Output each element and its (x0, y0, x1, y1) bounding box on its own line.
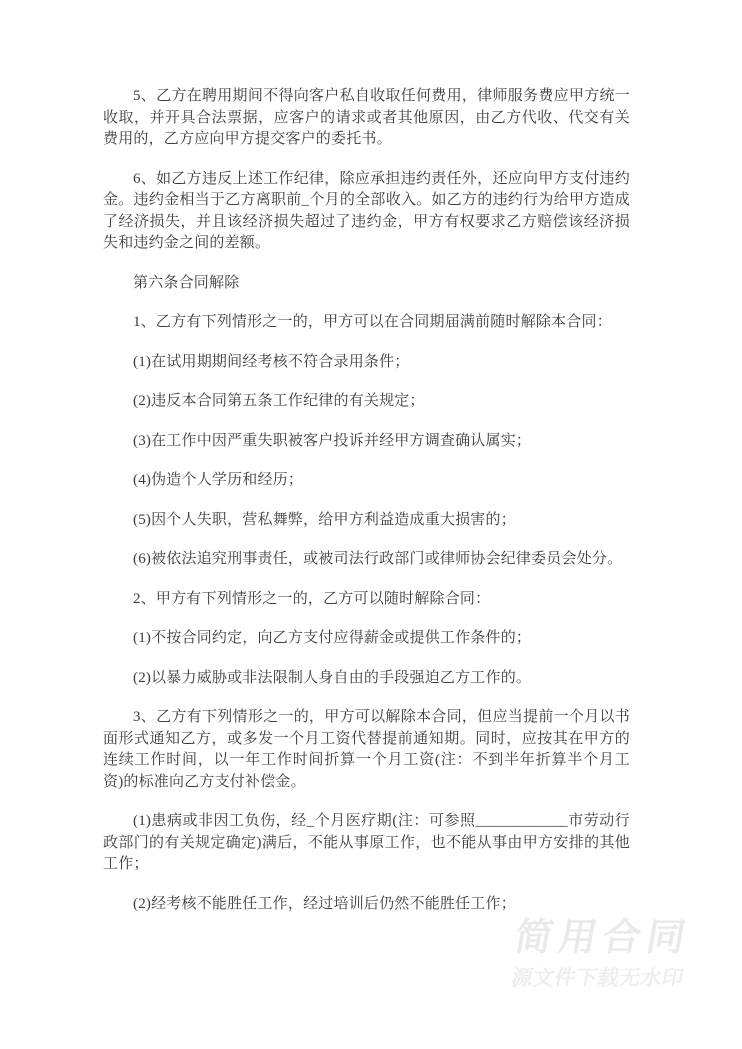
clause-1-item-4: (4)伪造个人学历和经历； (103, 470, 630, 492)
clause-1-item-5: (5)因个人失职，营私舞弊，给甲方利益造成重大损害的； (103, 510, 630, 532)
clause-2-item-2: (2)以暴力威胁或非法限制人身自由的手段强迫乙方工作的。 (103, 668, 630, 690)
clause-1-item-6: (6)被依法追究刑事责任，或被司法行政部门或律师协会纪律委员会处分。 (103, 549, 630, 571)
contract-paragraph-5: 5、乙方在聘用期间不得向客户私自收取任何费用，律师服务费应甲方统一收取，并开具合… (103, 86, 630, 151)
clause-1-item-1: (1)在试用期期间经考核不符合录用条件； (103, 352, 630, 374)
clause-2-item-1: (1)不按合同约定，向乙方支付应得薪金或提供工作条件的； (103, 628, 630, 650)
watermark-tagline-text: 源文件下载无水印 (506, 968, 686, 990)
article-6-heading: 第六条合同解除 (103, 273, 630, 295)
clause-3-item-2: (2)经考核不能胜任工作，经过培训后仍然不能胜任工作； (103, 894, 630, 916)
contract-paragraph-6: 6、如乙方违反上述工作纪律，除应承担违约责任外，还应向甲方支付违约金。违约金相当… (103, 169, 630, 255)
clause-1-item-3: (3)在工作中因严重失职被客户投诉并经甲方调查确认属实； (103, 431, 630, 453)
clause-1-intro: 1、乙方有下列情形之一的，甲方可以在合同期届满前随时解除本合同： (103, 312, 630, 334)
contract-body: 5、乙方在聘用期间不得向客户私自收取任何费用，律师服务费应甲方统一收取，并开具合… (103, 86, 630, 933)
clause-2-intro: 2、甲方有下列情形之一的，乙方可以随时解除合同： (103, 589, 630, 611)
contract-document-page: 5、乙方在聘用期间不得向客户私自收取任何费用，律师服务费应甲方统一收取，并开具合… (0, 0, 742, 1049)
clause-3-intro: 3、乙方有下列情形之一的，甲方可以解除本合同，但应当提前一个月以书面形式通知乙方… (103, 707, 630, 793)
clause-1-item-2: (2)违反本合同第五条工作纪律的有关规定； (103, 391, 630, 413)
clause-3-item-1: (1)患病或非因工负伤，经_个月医疗期(注：可参照____________市劳动… (103, 811, 630, 876)
